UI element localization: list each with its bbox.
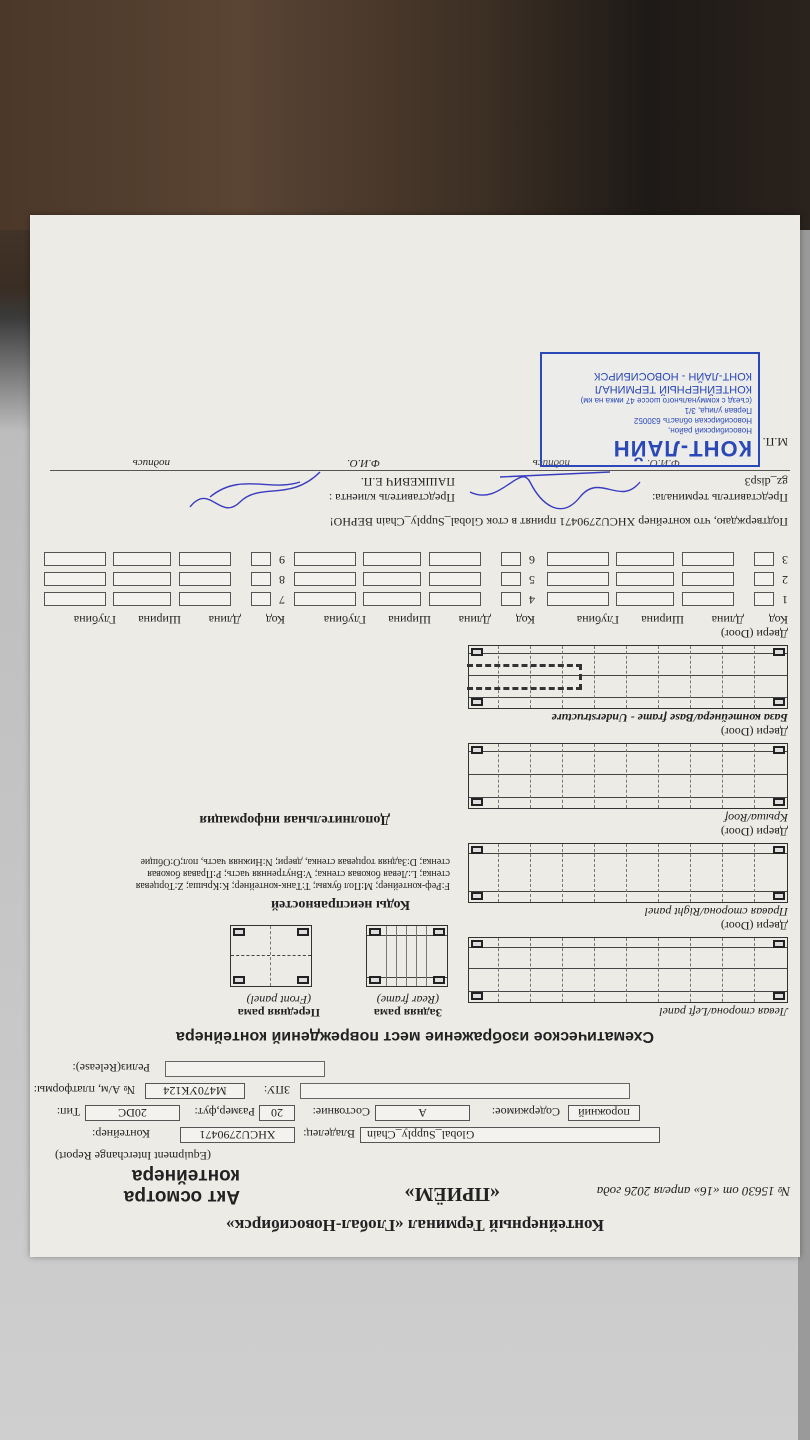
door-label-2: Двери (Door) xyxy=(721,824,788,839)
grid-header: Код xyxy=(769,612,788,627)
container-label: Контейнер: xyxy=(92,1126,150,1141)
stamp-line3: (съезд с коммунального шоссе 47 имка на … xyxy=(548,395,752,405)
act-title-line1: Акт осмотра xyxy=(50,1186,240,1207)
grid-header: Ширина xyxy=(388,612,431,627)
grid-row-number: 7 xyxy=(279,592,285,607)
terminal-rep-name: gz_disp3 xyxy=(745,474,788,489)
grid-cell[interactable] xyxy=(754,592,774,606)
grid-row-number: 3 xyxy=(782,552,788,567)
left-panel-diagram[interactable] xyxy=(468,937,788,1003)
stamp-line1: КОНТ-ЛАЙН - НОВОСИБИРСК xyxy=(548,369,752,382)
grid-cell[interactable] xyxy=(547,572,609,586)
client-rep-name: ПАШКЕВИЧ Е.П. xyxy=(361,474,455,489)
stamp-line6: Новосибирский район, xyxy=(548,425,752,435)
rear-frame-label: Задняя рама xyxy=(374,1006,442,1020)
client-signature xyxy=(180,462,330,512)
company-title: Контейнерный Терминал «Глобал-Новосибирс… xyxy=(30,1215,800,1235)
vehicle-label: № А/м, платформы: xyxy=(34,1082,135,1097)
right-panel-label: Правая сторона/Right panel xyxy=(645,905,788,919)
grid-cell[interactable] xyxy=(179,552,231,566)
additional-info-title: Дополнительная информация xyxy=(199,811,390,827)
roof-label: Крыша/Roof xyxy=(725,811,788,825)
grid-cell[interactable] xyxy=(547,592,609,606)
terminal-rep-label: Представитель терминала: xyxy=(652,490,788,505)
grid-row-number: 6 xyxy=(529,552,535,567)
fault-codes-text: F:Реф-контейнер; M:Пол буквы; T:Танк-кон… xyxy=(120,855,450,891)
grid-row-number: 2 xyxy=(782,572,788,587)
rear-frame-en: (Rear frame) xyxy=(377,993,439,1007)
fault-codes-title: Коды неисправностей xyxy=(271,896,410,912)
damage-grid: КодДлинаШиринаГлубина123КодДлинаШиринаГл… xyxy=(30,537,800,627)
grid-cell[interactable] xyxy=(429,592,481,606)
grid-cell[interactable] xyxy=(754,572,774,586)
roof-diagram[interactable] xyxy=(468,743,788,809)
grid-cell[interactable] xyxy=(44,572,106,586)
grid-header: Глубина xyxy=(74,612,116,627)
stamp-big: КОНТ-ЛАЙН xyxy=(548,435,752,461)
grid-cell[interactable] xyxy=(682,552,734,566)
grid-header: Длина xyxy=(712,612,744,627)
client-rep-label: Представитель клиента : xyxy=(329,490,455,505)
base-frame-label: База контейнера/Base frame - Understruct… xyxy=(552,711,788,725)
grid-cell[interactable] xyxy=(179,572,231,586)
grid-cell[interactable] xyxy=(363,592,421,606)
grid-cell[interactable] xyxy=(616,592,674,606)
type-label: Тип: xyxy=(57,1104,80,1119)
grid-header: Длина xyxy=(209,612,241,627)
base-frame-diagram[interactable] xyxy=(468,645,788,709)
signature-line xyxy=(50,470,790,471)
grid-cell[interactable] xyxy=(113,572,171,586)
grid-cell[interactable] xyxy=(501,572,521,586)
grid-cell[interactable] xyxy=(251,552,271,566)
grid-cell[interactable] xyxy=(754,552,774,566)
act-subtitle: (Equipment Interchange Report) xyxy=(55,1148,211,1163)
seal-field xyxy=(300,1083,630,1099)
grid-cell[interactable] xyxy=(251,572,271,586)
grid-cell[interactable] xyxy=(363,572,421,586)
company-stamp: КОНТ-ЛАЙН Новосибирский район, Новосибир… xyxy=(540,352,760,467)
grid-cell[interactable] xyxy=(294,572,356,586)
grid-header: Ширина xyxy=(138,612,181,627)
act-title: Акт осмотра контейнера xyxy=(50,1165,240,1207)
grid-cell[interactable] xyxy=(429,572,481,586)
document-rotated: Контейнерный Терминал «Глобал-Новосибирс… xyxy=(30,215,800,1257)
act-title-line2: контейнера xyxy=(50,1165,240,1186)
grid-cell[interactable] xyxy=(682,572,734,586)
grid-header: Длина xyxy=(459,612,491,627)
grid-cell[interactable] xyxy=(429,552,481,566)
grid-header: Код xyxy=(516,612,535,627)
mp-label: М.П. xyxy=(763,434,788,449)
grid-cell[interactable] xyxy=(113,592,171,606)
right-panel-diagram[interactable] xyxy=(468,843,788,903)
operation-type: «ПРИЁМ» xyxy=(404,1182,500,1205)
front-panel-diagram[interactable] xyxy=(230,925,312,987)
grid-row-number: 5 xyxy=(529,572,535,587)
size-field: 20 xyxy=(259,1105,295,1121)
grid-cell[interactable] xyxy=(251,592,271,606)
grid-row-number: 9 xyxy=(279,552,285,567)
rear-frame-diagram[interactable] xyxy=(366,925,448,987)
grid-cell[interactable] xyxy=(616,572,674,586)
grid-cell[interactable] xyxy=(501,592,521,606)
vehicle-field: М470УК124 xyxy=(145,1083,245,1099)
owner-label: Владелец: xyxy=(303,1126,355,1141)
door-label-1: Двери (Door) xyxy=(721,918,788,933)
door-label-3: Двери (Door) xyxy=(721,724,788,739)
grid-row-number: 4 xyxy=(529,592,535,607)
condition-label: Состояние: xyxy=(312,1104,370,1119)
confirmation-text: Подтверждаю, что контейнер XHCU2790471 п… xyxy=(330,514,788,529)
grid-cell[interactable] xyxy=(44,592,106,606)
document-sheet: Контейнерный Терминал «Глобал-Новосибирс… xyxy=(30,215,800,1257)
signature-caption-2: подпись xyxy=(133,457,170,469)
door-label-4: Двери (Door) xyxy=(721,626,788,641)
release-label: Релиз(Release): xyxy=(72,1060,150,1075)
grid-header: Глубина xyxy=(577,612,619,627)
grid-cell[interactable] xyxy=(44,552,106,566)
grid-cell[interactable] xyxy=(682,592,734,606)
background-photo xyxy=(0,0,810,230)
size-label: Размер,фут: xyxy=(194,1104,255,1119)
grid-cell[interactable] xyxy=(501,552,521,566)
contents-field: порожний xyxy=(568,1105,640,1121)
grid-header: Код xyxy=(266,612,285,627)
left-panel-label: Левая сторона/Left panel xyxy=(659,1005,788,1019)
act-number: № 15630 от «16» апреля 2026 года xyxy=(597,1183,790,1199)
fio-caption-2: Ф.И.О. xyxy=(347,457,380,469)
grid-cell[interactable] xyxy=(294,552,356,566)
seal-label: ЗПУ: xyxy=(264,1082,290,1097)
type-field: 20DC xyxy=(85,1105,180,1121)
grid-header: Ширина xyxy=(641,612,684,627)
front-panel-en: (Front panel) xyxy=(247,993,312,1007)
grid-cell[interactable] xyxy=(294,592,356,606)
grid-cell[interactable] xyxy=(616,552,674,566)
stamp-line5: Новосибирская область 630052 xyxy=(548,415,752,425)
terminal-signature xyxy=(460,462,650,512)
owner-field: Global_Supply_Chain xyxy=(360,1127,660,1143)
grid-row-number: 1 xyxy=(782,592,788,607)
grid-cell[interactable] xyxy=(179,592,231,606)
schematic-title: Схематическое изображение мест поврежден… xyxy=(30,1027,800,1045)
stamp-line2: КОНТЕЙНЕРНЫЙ ТЕРМИНАЛ xyxy=(548,382,752,395)
grid-row-number: 8 xyxy=(279,572,285,587)
grid-cell[interactable] xyxy=(547,552,609,566)
front-panel-label: Передняя рама xyxy=(238,1006,320,1020)
stamp-line4: Первая улица, 3/1 xyxy=(548,405,752,415)
release-field xyxy=(165,1061,325,1077)
grid-cell[interactable] xyxy=(363,552,421,566)
contents-label: Содержимое: xyxy=(492,1104,560,1119)
container-field: XHCU2790471 xyxy=(180,1127,295,1143)
grid-header: Глубина xyxy=(324,612,366,627)
grid-cell[interactable] xyxy=(113,552,171,566)
condition-field: A xyxy=(375,1105,470,1121)
